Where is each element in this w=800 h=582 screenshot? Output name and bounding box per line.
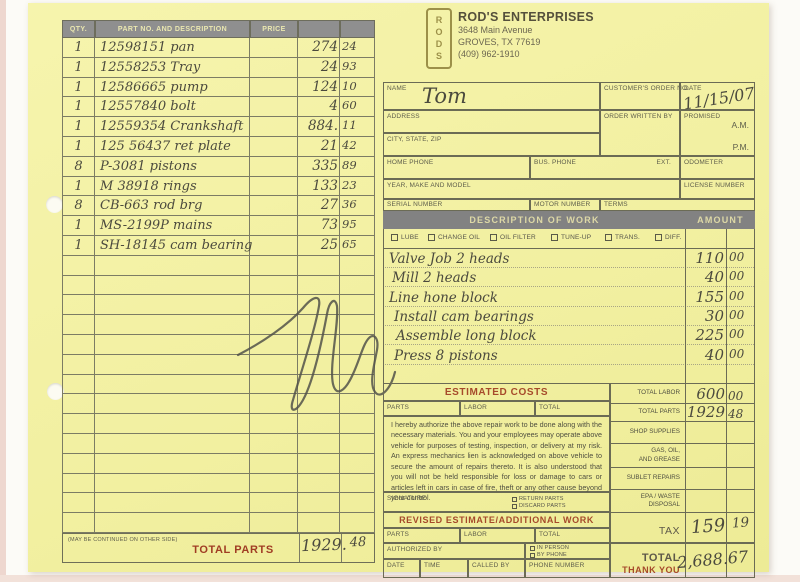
part-desc (95, 414, 250, 434)
total-parts-cents: 48 (349, 535, 366, 551)
terms-field: TERMS (600, 199, 755, 211)
signature-label: SIGNATURE (387, 495, 426, 502)
total-parts-label: TOTAL PARTS (143, 544, 323, 556)
scan-edge-left (0, 0, 6, 582)
part-dollars: 21 (298, 137, 340, 157)
year-make-model-field: YEAR, MAKE AND MODEL (383, 179, 680, 199)
part-price-blank (250, 97, 298, 117)
bus-phone-field: BUS. PHONE EXT. (530, 156, 680, 179)
part-dollars: 25 (298, 236, 340, 256)
part-desc: 12559354 Crankshaft (95, 117, 250, 137)
authorization-disclaimer: I hereby authorize the above repair work… (383, 416, 610, 492)
license-number-label: LICENSE NUMBER (684, 182, 745, 189)
parts-row: 1M 38918 rings13323 (62, 177, 375, 197)
part-qty: 1 (62, 216, 95, 236)
part-desc (95, 434, 250, 454)
part-dollars: 124 (298, 78, 340, 98)
disclaimer-text: I hereby authorize the above repair work… (384, 417, 609, 504)
part-dollars (298, 513, 340, 533)
customer-order-no-label: CUSTOMER'S ORDER NO. (604, 85, 689, 92)
part-cents: 93 (340, 58, 375, 78)
work-amount-dollars: 225 (685, 326, 724, 344)
part-dollars: 335 (298, 157, 340, 177)
customer-order-no-field: CUSTOMER'S ORDER NO. (600, 82, 680, 110)
part-qty (62, 276, 95, 296)
totals-label: SUBLET REPAIRS (610, 468, 685, 490)
work-amount-dollars: 155 (685, 288, 724, 306)
part-qty: 1 (62, 97, 95, 117)
part-price-blank (250, 513, 298, 533)
part-dollars: 133 (298, 177, 340, 197)
part-cents: 23 (340, 177, 375, 197)
totals-cents: 00 (726, 384, 755, 404)
parts-row (62, 474, 375, 494)
work-amount-cents: 00 (729, 269, 754, 283)
est-parts-label: PARTS (387, 404, 409, 411)
service-checkbox-item: LUBE (391, 234, 419, 241)
date-field: DATE 11/15/07 (680, 82, 755, 110)
part-price-blank (250, 236, 298, 256)
company-address-line2: GROVES, TX 77619 (458, 36, 594, 48)
part-cents: 42 (340, 137, 375, 157)
part-dollars (298, 454, 340, 474)
parts-row: 8CB-663 rod brg2736 (62, 196, 375, 216)
motor-number-label: MOTOR NUMBER (534, 201, 590, 208)
work-desc: Line hone block (389, 290, 498, 306)
part-qty: 1 (62, 117, 95, 137)
part-qty: 1 (62, 177, 95, 197)
phone-number-field: PHONE NUMBER (525, 559, 610, 578)
description-of-work-bar: DESCRIPTION OF WORK (383, 211, 686, 229)
company-address-line1: 3648 Main Avenue (458, 24, 594, 36)
checkbox-icon (551, 234, 558, 241)
part-desc: CB-663 rod brg (95, 196, 250, 216)
amount-bar: AMOUNT (686, 211, 755, 229)
checkbox-icon (655, 234, 662, 241)
part-desc: 12586665 pump (95, 78, 250, 98)
service-checkbox-label: CHANGE OIL (438, 234, 480, 241)
part-price-blank (250, 474, 298, 494)
checkbox-icon (530, 546, 535, 551)
part-cents (340, 474, 375, 494)
part-cents (340, 434, 375, 454)
part-qty: 1 (62, 58, 95, 78)
scanned-invoice: RODS ROD'S ENTERPRISES 3648 Main Avenue … (0, 0, 800, 582)
promised-field: PROMISED A.M. P.M. (680, 110, 755, 156)
part-price-blank (250, 454, 298, 474)
part-dollars (298, 256, 340, 276)
part-price-blank (250, 137, 298, 157)
work-amount-dollars: 30 (685, 307, 724, 325)
part-desc (95, 355, 250, 375)
part-qty (62, 375, 95, 395)
part-qty (62, 355, 95, 375)
checkbox-icon (605, 234, 612, 241)
est-parts-cell: PARTS (383, 401, 460, 416)
service-checkbox-item: CHANGE OIL (428, 234, 480, 241)
am-label: A.M. (732, 120, 749, 130)
estimated-costs-header: ESTIMATED COSTS (383, 383, 610, 401)
part-qty (62, 434, 95, 454)
part-cents: 10 (340, 78, 375, 98)
checkbox-icon (391, 234, 398, 241)
part-cents (340, 493, 375, 513)
part-desc: 12598151 pan (95, 38, 250, 58)
part-cents: 60 (340, 97, 375, 117)
part-cents (340, 513, 375, 533)
grand-total-row: TOTAL THANK YOU 2,688.67 (610, 543, 755, 578)
discard-parts-label: DISCARD PARTS (519, 503, 566, 509)
city-state-zip-label: CITY, STATE, ZIP (387, 136, 442, 143)
part-price-blank (250, 117, 298, 137)
part-cents (340, 454, 375, 474)
work-area: Valve Job 2 heads11000Mill 2 heads4000Li… (383, 248, 755, 383)
authorized-by-field: AUTHORIZED BY (383, 543, 525, 559)
part-desc (95, 474, 250, 494)
part-desc (95, 256, 250, 276)
part-price-blank (250, 38, 298, 58)
parts-table-footer: (MAY BE CONTINUED ON OTHER SIDE) TOTAL P… (62, 533, 375, 563)
work-amount-cents: 00 (729, 308, 754, 322)
checkbox-icon (512, 497, 517, 502)
part-cents: 65 (340, 236, 375, 256)
totals-label: SHOP SUPPLIES (610, 422, 685, 444)
rev-labor-label: LABOR (464, 531, 487, 538)
service-checkbox-label: DIFF. (665, 234, 682, 241)
address-label: ADDRESS (387, 113, 420, 120)
part-desc: 12558253 Tray (95, 58, 250, 78)
terms-label: TERMS (604, 201, 628, 208)
part-qty (62, 414, 95, 434)
est-total-label: TOTAL (539, 404, 560, 411)
part-desc: M 38918 rings (95, 177, 250, 197)
work-amount-cents: 00 (729, 289, 754, 303)
tax-label: TAX (659, 525, 680, 537)
part-dollars: 884. (298, 117, 340, 137)
work-line: Mill 2 heads4000 (383, 268, 755, 287)
work-line: Line hone block15500 (383, 288, 755, 307)
tax-cents: 19 (731, 514, 749, 531)
service-checkbox-row: LUBECHANGE OILOIL FILTERTUNE-UPTRANS.DIF… (383, 229, 685, 248)
part-desc (95, 335, 250, 355)
part-qty (62, 256, 95, 276)
part-qty (62, 315, 95, 335)
parts-row (62, 454, 375, 474)
work-desc: Press 8 pistons (394, 348, 498, 364)
promised-label: PROMISED (684, 113, 720, 120)
parts-row (62, 493, 375, 513)
name-label: NAME (387, 85, 407, 92)
part-cents: 89 (340, 157, 375, 177)
part-desc: SH-18145 cam bearing (95, 236, 250, 256)
part-cents: 36 (340, 196, 375, 216)
address-field: ADDRESS (383, 110, 600, 133)
parts-row (62, 434, 375, 454)
part-qty: 1 (62, 38, 95, 58)
phone-number-label: PHONE NUMBER (529, 562, 585, 569)
rev-time-label: TIME (424, 562, 440, 569)
service-checkbox-item: OIL FILTER (490, 234, 536, 241)
tax-dollars: 159 (690, 515, 726, 538)
parts-row (62, 414, 375, 434)
called-by-field: CALLED BY (468, 559, 525, 578)
work-desc: Install cam bearings (394, 309, 534, 325)
part-desc (95, 394, 250, 414)
part-qty (62, 513, 95, 533)
parts-row: 1125 56437 ret plate2142 (62, 137, 375, 157)
part-price-blank (250, 157, 298, 177)
part-qty (62, 493, 95, 513)
rev-date-field: DATE (383, 559, 420, 578)
serial-number-field: SERIAL NUMBER (383, 199, 530, 211)
part-desc: P-3081 pistons (95, 157, 250, 177)
called-by-label: CALLED BY (472, 562, 510, 569)
name-field: NAME Tom (383, 82, 600, 110)
parts-col-cents (340, 20, 375, 38)
totals-label: TOTAL PARTS (610, 404, 685, 422)
part-price-blank (250, 78, 298, 98)
thank-you-label: THANK YOU (622, 565, 680, 575)
by-phone-label: BY PHONE (537, 552, 567, 558)
est-labor-cell: LABOR (460, 401, 535, 416)
checkbox-icon (428, 234, 435, 241)
pm-label: P.M. (733, 142, 749, 152)
rev-labor-cell: LABOR (460, 528, 535, 543)
part-cents: 11 (340, 117, 375, 137)
company-header: ROD'S ENTERPRISES 3648 Main Avenue GROVE… (458, 10, 594, 60)
total-parts-dollars: 1929. (301, 535, 347, 556)
est-total-cell: TOTAL (535, 401, 610, 416)
rev-date-label: DATE (387, 562, 405, 569)
part-desc (95, 375, 250, 395)
part-qty (62, 474, 95, 494)
part-desc (95, 295, 250, 315)
part-desc (95, 493, 250, 513)
part-price-blank (250, 58, 298, 78)
part-dollars (298, 474, 340, 494)
hole-punch-top (46, 196, 63, 213)
totals-column: TOTAL LABOR60000TOTAL PARTS192948SHOP SU… (610, 383, 755, 512)
totals-dollars (685, 422, 726, 444)
part-cents: 24 (340, 38, 375, 58)
part-price-blank (250, 434, 298, 454)
total-parts-handwritten: 1929.48 (301, 534, 367, 556)
part-dollars: 274 (298, 38, 340, 58)
parts-row: 112559354 Crankshaft884.11 (62, 117, 375, 137)
totals-dollars: 600 (685, 384, 726, 404)
part-cents (340, 414, 375, 434)
part-dollars: 24 (298, 58, 340, 78)
company-name: ROD'S ENTERPRISES (458, 10, 594, 24)
part-desc (95, 276, 250, 296)
motor-number-field: MOTOR NUMBER (530, 199, 600, 211)
rev-parts-cell: PARTS (383, 528, 460, 543)
order-written-by-label: ORDER WRITTEN BY (604, 113, 673, 120)
service-checkbox-item: TRANS. (605, 234, 640, 241)
parts-row: 8P-3081 pistons33589 (62, 157, 375, 177)
name-value: Tom (422, 84, 467, 108)
parts-row: 1MS-2199P mains7395 (62, 216, 375, 236)
part-price-blank (250, 414, 298, 434)
authorization-method-checkboxes: IN PERSON BY PHONE (530, 545, 569, 558)
totals-dollars (685, 490, 726, 513)
part-qty (62, 295, 95, 315)
totals-dollars (685, 444, 726, 468)
authorization-method-cell: IN PERSON BY PHONE (525, 543, 610, 559)
totals-label: TOTAL LABOR (610, 384, 685, 404)
part-dollars: 4 (298, 97, 340, 117)
work-amount-dollars: 110 (685, 249, 724, 267)
part-qty (62, 394, 95, 414)
part-price-blank (250, 256, 298, 276)
part-qty: 1 (62, 137, 95, 157)
part-qty: 8 (62, 157, 95, 177)
parts-row (62, 513, 375, 533)
company-logo: RODS (426, 8, 452, 69)
checkbox-icon (512, 504, 517, 509)
checkbox-icon (490, 234, 497, 241)
discard-parts-option: DISCARD PARTS (512, 503, 566, 509)
tax-row: TAX 159 19 (610, 512, 755, 543)
home-phone-field: HOME PHONE (383, 156, 530, 179)
parts-col-qty: QTY. (62, 20, 95, 38)
signature-row: SIGNATURE RETURN PARTS DISCARD PARTS (383, 492, 610, 512)
work-line: Valve Job 2 heads11000 (383, 249, 755, 268)
service-checkbox-label: LUBE (401, 234, 419, 241)
in-person-option: IN PERSON (530, 545, 569, 551)
part-price-blank (250, 216, 298, 236)
part-cents: 95 (340, 216, 375, 236)
part-qty: 1 (62, 236, 95, 256)
totals-cents: 48 (726, 404, 755, 422)
work-amount-cents: 00 (729, 347, 754, 361)
work-line: Assemble long block22500 (383, 326, 755, 345)
by-phone-option: BY PHONE (530, 552, 569, 558)
bus-phone-label: BUS. PHONE (534, 159, 576, 166)
year-make-model-label: YEAR, MAKE AND MODEL (387, 182, 471, 189)
work-desc: Mill 2 heads (392, 270, 476, 286)
part-desc: MS-2199P mains (95, 216, 250, 236)
grand-total-value: 2,688.67 (676, 547, 749, 572)
service-checkbox-item: DIFF. (655, 234, 682, 241)
part-dollars (298, 434, 340, 454)
work-line: Install cam bearings3000 (383, 307, 755, 326)
continued-note: (MAY BE CONTINUED ON OTHER SIDE) (68, 537, 177, 543)
part-desc (95, 315, 250, 335)
service-checkbox-label: TRANS. (615, 234, 640, 241)
in-person-label: IN PERSON (537, 545, 569, 551)
home-phone-label: HOME PHONE (387, 159, 433, 166)
totals-cents (726, 468, 755, 490)
part-price-blank (250, 493, 298, 513)
city-state-zip-field: CITY, STATE, ZIP (383, 133, 600, 156)
part-qty (62, 454, 95, 474)
part-qty: 8 (62, 196, 95, 216)
part-desc (95, 454, 250, 474)
part-desc (95, 513, 250, 533)
work-amount-cents: 00 (729, 327, 754, 341)
parts-disposition-checkboxes: RETURN PARTS DISCARD PARTS (512, 496, 566, 509)
part-desc: 125 56437 ret plate (95, 137, 250, 157)
odometer-field: ODOMETER (680, 156, 755, 179)
work-amount-cents: 00 (729, 250, 754, 264)
totals-dollars (685, 468, 726, 490)
parts-row: 112558253 Tray2493 (62, 58, 375, 78)
work-desc: Assemble long block (396, 328, 537, 344)
totals-label: GAS, OIL, AND GREASE (610, 444, 685, 468)
signature-scribble (233, 280, 398, 412)
grand-total-label: TOTAL (642, 552, 680, 564)
parts-row: 112598151 pan27424 (62, 38, 375, 58)
return-parts-label: RETURN PARTS (519, 496, 564, 502)
part-qty: 1 (62, 78, 95, 98)
parts-col-dollars (298, 20, 340, 38)
authorized-by-label: AUTHORIZED BY (387, 546, 442, 553)
part-dollars: 27 (298, 196, 340, 216)
parts-row: 1SH-18145 cam bearing2565 (62, 236, 375, 256)
part-cents (340, 256, 375, 276)
part-price-blank (250, 177, 298, 197)
checkbox-icon (530, 553, 535, 558)
part-dollars: 73 (298, 216, 340, 236)
est-labor-label: LABOR (464, 404, 487, 411)
part-price-blank (250, 196, 298, 216)
service-checkbox-label: OIL FILTER (500, 234, 536, 241)
rev-total-cell: TOTAL (535, 528, 610, 543)
parts-row: 112557840 bolt460 (62, 97, 375, 117)
rev-total-label: TOTAL (539, 531, 560, 538)
part-dollars (298, 493, 340, 513)
work-desc: Valve Job 2 heads (389, 251, 509, 267)
revised-estimate-header: REVISED ESTIMATE/ADDITIONAL WORK (383, 512, 610, 528)
totals-cents (726, 422, 755, 444)
work-amount-dollars: 40 (685, 268, 724, 286)
service-checkbox-item: TUNE-UP (551, 234, 591, 241)
work-amount-dollars: 40 (685, 346, 724, 364)
order-written-by-field: ORDER WRITTEN BY (600, 110, 680, 156)
work-line: Press 8 pistons4000 (383, 346, 755, 365)
parts-row: 112586665 pump12410 (62, 78, 375, 98)
part-desc: 12557840 bolt (95, 97, 250, 117)
odometer-label: ODOMETER (684, 159, 723, 166)
rev-parts-label: PARTS (387, 531, 409, 538)
return-parts-option: RETURN PARTS (512, 496, 566, 502)
service-checkbox-label: TUNE-UP (561, 234, 591, 241)
totals-label: EPA / WASTE DISPOSAL (610, 490, 685, 513)
serial-number-label: SERIAL NUMBER (387, 201, 442, 208)
company-phone: (409) 962-1910 (458, 48, 594, 60)
license-number-field: LICENSE NUMBER (680, 179, 755, 199)
ext-label: EXT. (656, 159, 671, 166)
totals-cents (726, 444, 755, 468)
parts-col-description: PART NO. AND DESCRIPTION (95, 20, 250, 38)
part-qty (62, 335, 95, 355)
rev-time-field: TIME (420, 559, 468, 578)
part-dollars (298, 414, 340, 434)
parts-row (62, 256, 375, 276)
totals-dollars: 1929 (685, 404, 726, 422)
totals-cents (726, 490, 755, 513)
parts-col-price: PRICE (250, 20, 298, 38)
